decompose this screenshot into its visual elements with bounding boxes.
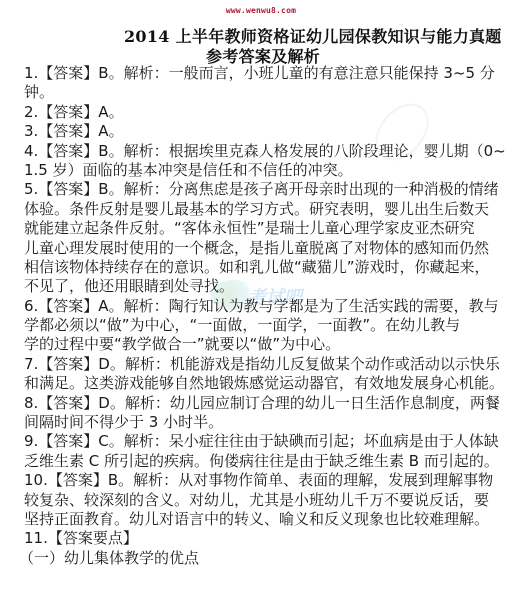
answer-line: 5.【答案】B。解析：分离焦虑是孩子离开母亲时出现的一种消极的情绪 [24,180,498,199]
answer-line: 6.【答案】A。解析：陶行知认为教与学都是为了生活实践的需要，教与 [24,297,498,316]
answer-line: 体验。条件反射是婴儿最基本的学习方式。研究表明，婴儿出生后数天 [24,200,498,219]
answer-line: 9.【答案】C。解析：呆小症往往由于缺碘而引起；坏血病是由于人体缺 [24,432,498,451]
answer-line: 7.【答案】D。解析：机能游戏是指幼儿反复做某个动作或活动以示快乐 [24,355,498,374]
answer-line: 就能建立起条件反射。“客体永恒性”是瑞士儿童心理学家皮亚杰研究 [24,219,498,238]
answer-line: 相信该物体持续存在的意识。如和乳儿做“藏猫儿”游戏时，你藏起来， [24,258,498,277]
answer-line: 钟。 [24,83,498,102]
answer-line: 间隔时间不得少于 3 小时半。 [24,413,498,432]
answer-content: 1.【答案】B。解析：一般而言，小班儿童的有意注意只能保持 3~5 分 钟。 2… [24,64,498,568]
answer-line: 和满足。这类游戏能够自然地锻炼感觉运动器官，有效地发展身心机能。 [24,374,498,393]
site-url-header: www.wenwu8.com [0,6,522,15]
answer-line: 8.【答案】D。解析：幼儿园应制订合理的幼儿一日生活作息制度，两餐 [24,394,498,413]
answer-line: （一）幼儿集体教学的优点 [19,549,498,568]
answer-line: 坚持正面教育。幼儿对语言中的转义、喻义和反义现象也比较难理解。 [24,510,498,529]
answer-line: 3.【答案】A。 [24,122,498,141]
answer-line: 乏维生素 C 所引起的疾病。佝偻病往往是由于缺乏维生素 B 而引起的。 [24,452,498,471]
answer-line: 2.【答案】A。 [24,103,498,122]
answer-line: 10.【答案】B。解析：从对事物作简单、表面的理解，发展到理解事物 [24,471,498,490]
answer-line: 儿童心理发展时使用的一个概念，是指儿童脱离了对物体的感知而仍然 [24,239,498,258]
answer-line: 1.5 岁）面临的基本冲突是信任和不信任的冲突。 [24,161,498,180]
answer-line: 学的过程中要“教学做合一”就要以“做”为中心。 [24,335,498,354]
answer-line: 11.【答案要点】 [24,529,498,548]
answer-line: 较复杂、较深刻的含义。对幼儿，尤其是小班幼儿千万不要说反话，要 [24,491,498,510]
answer-line: 学都必须以“做”为中心，“一面做，一面学，一面教”。在幼儿教与 [24,316,498,335]
answer-line: 4.【答案】B。解析：根据埃里克森人格发展的八阶段理论，婴儿期（0~ [24,142,498,161]
answer-line: 1.【答案】B。解析：一般而言，小班儿童的有意注意只能保持 3~5 分 [24,64,498,83]
answer-line: 不见了，他还用眼睛到处寻找。 [24,277,498,296]
